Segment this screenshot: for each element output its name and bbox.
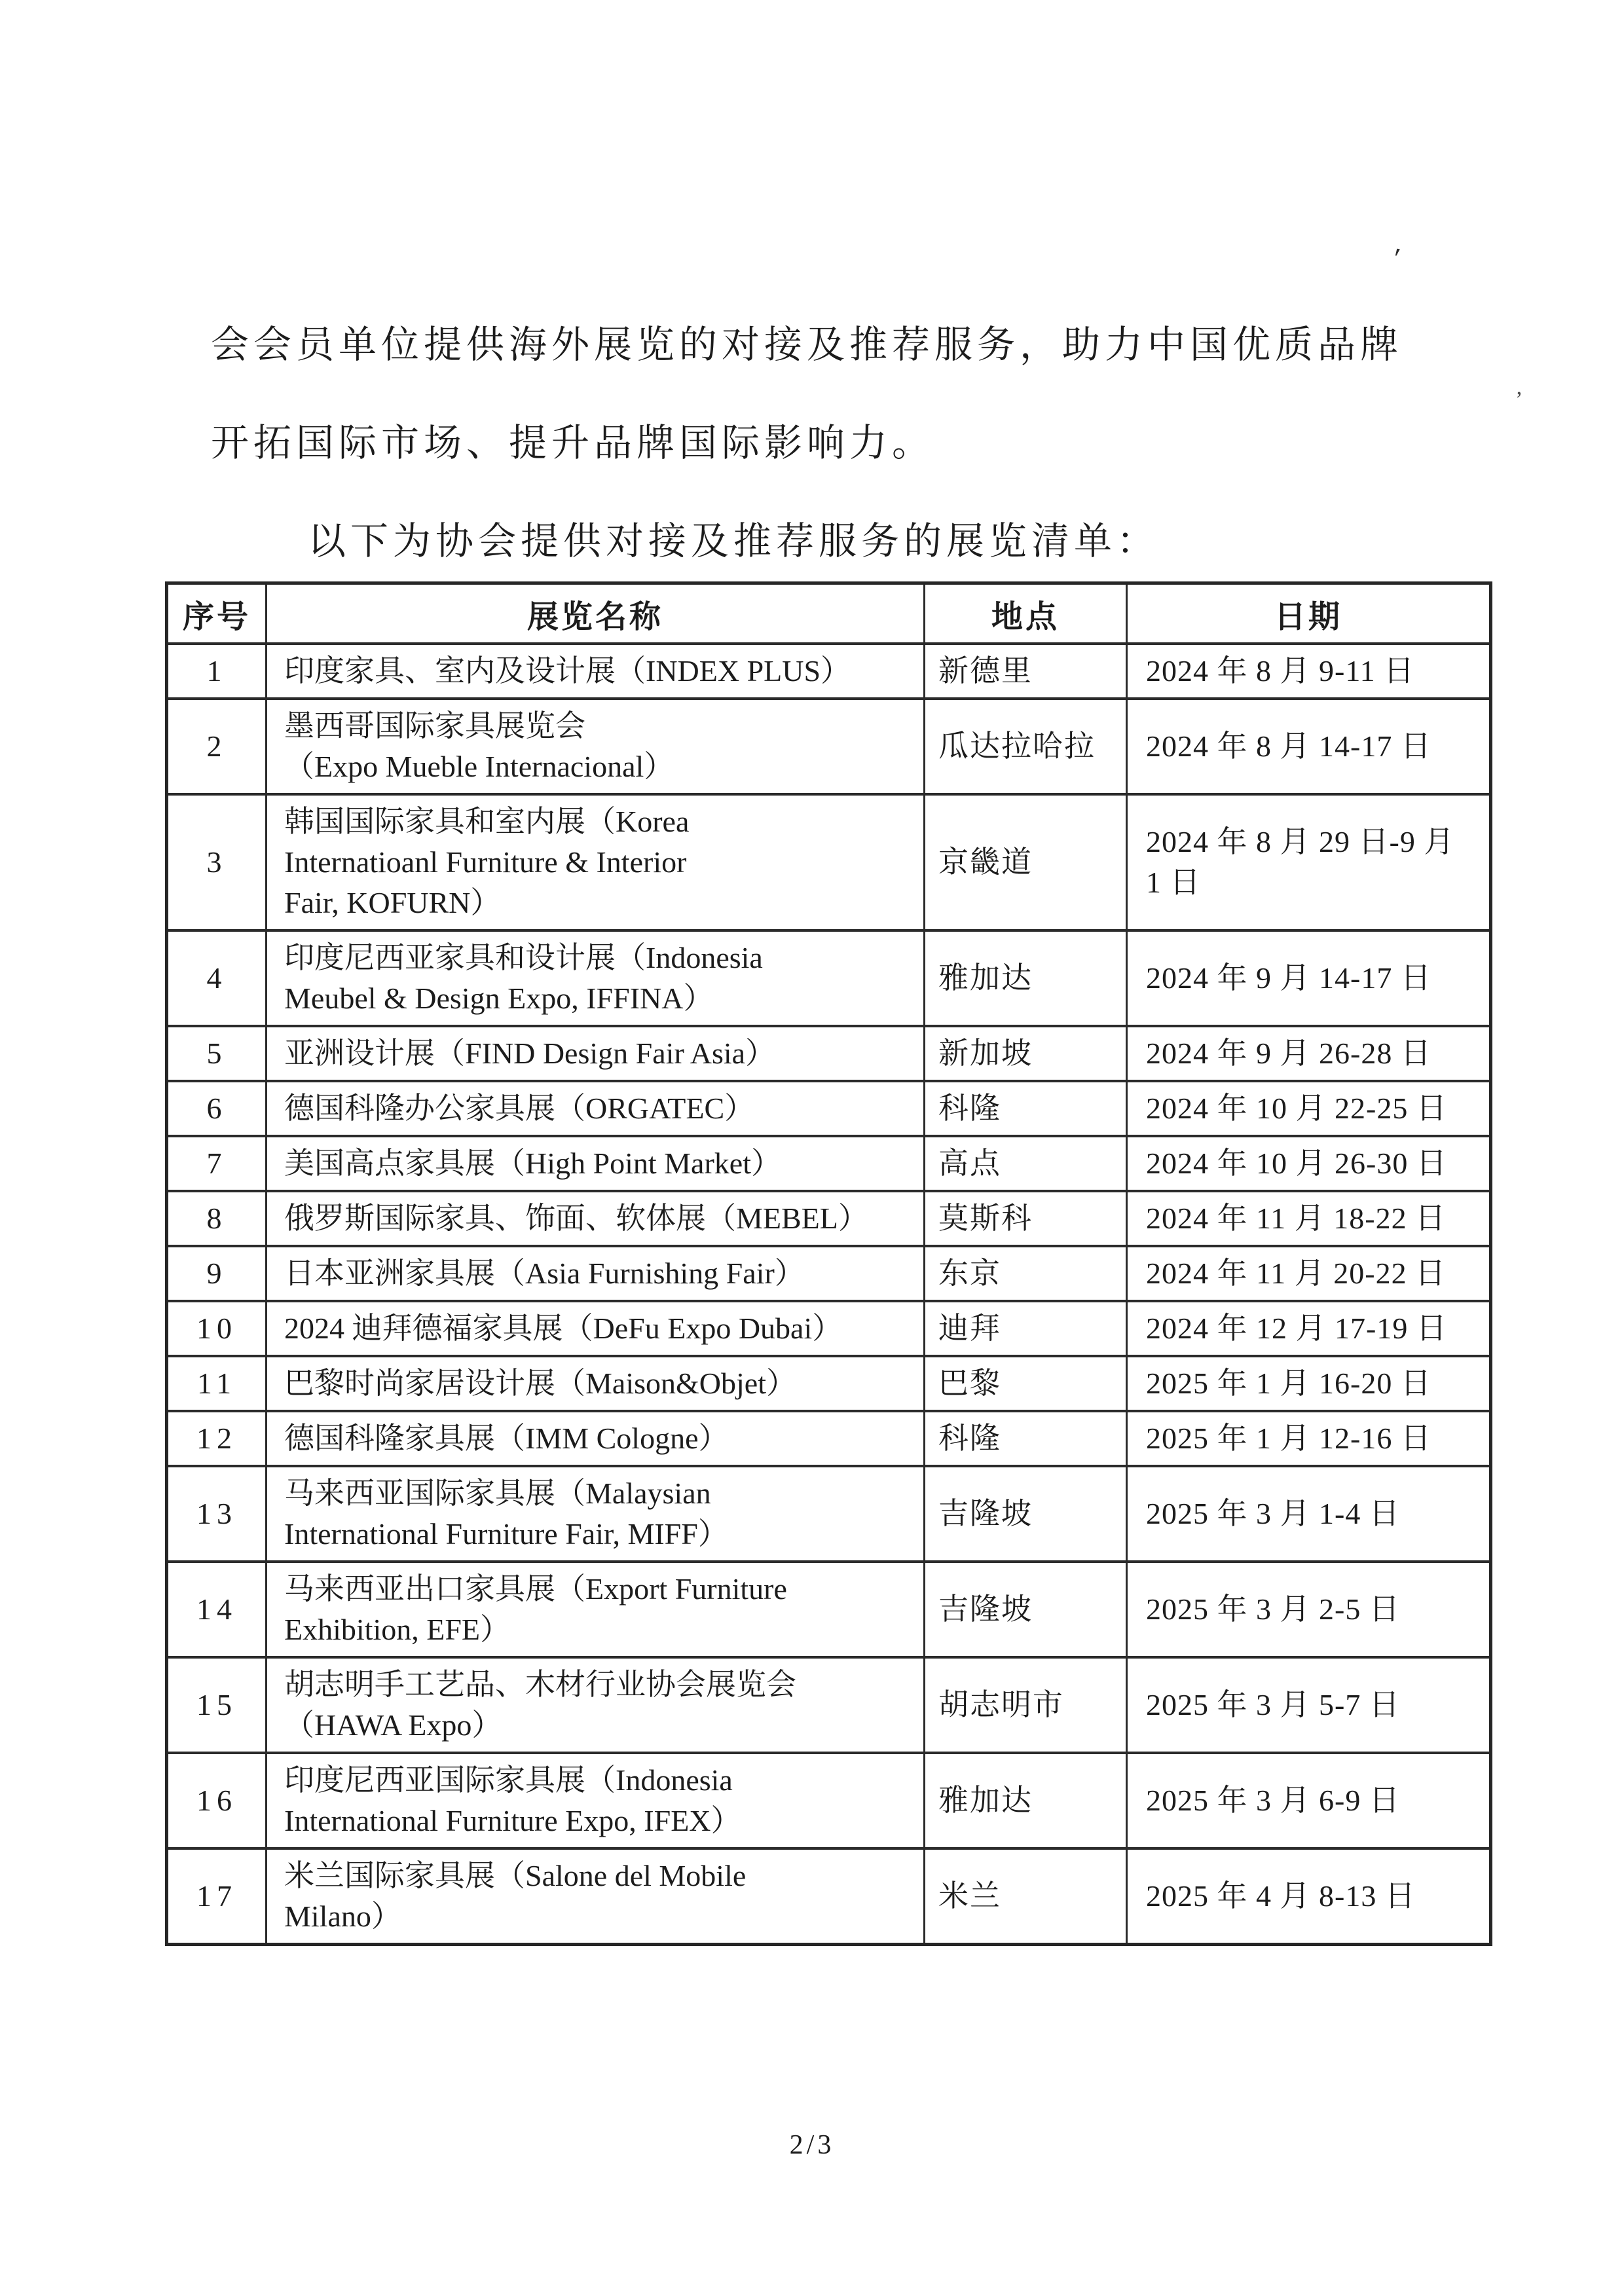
paragraph-line-1: 会会员单位提供海外展览的对接及推荐服务，助力中国优质品牌 — [211, 296, 1462, 394]
table-row: 14 马来西亚出口家具展（Export Furniture Exhibition… — [167, 1562, 1491, 1657]
exhibition-location: 高点 — [925, 1136, 1127, 1191]
exhibition-name: 印度家具、室内及设计展（INDEX PLUS） — [267, 644, 925, 699]
exhibition-location: 巴黎 — [925, 1356, 1127, 1411]
exhibition-name: 德国科隆家具展（IMM Cologne） — [267, 1411, 925, 1466]
row-index: 11 — [167, 1356, 267, 1411]
row-index: 15 — [167, 1657, 267, 1753]
exhibition-date: 2024 年 8 月 14-17 日 — [1127, 699, 1491, 794]
exhibition-date: 2025 年 4 月 8-13 日 — [1127, 1848, 1491, 1945]
row-index: 13 — [167, 1466, 267, 1562]
exhibition-name: 俄罗斯国际家具、饰面、软体展（MEBEL） — [267, 1191, 925, 1246]
row-index: 17 — [167, 1848, 267, 1945]
exhibition-name: 米兰国际家具展（Salone del Mobile Milano） — [267, 1848, 925, 1945]
table-row: 1 印度家具、室内及设计展（INDEX PLUS） 新德里 2024 年 8 月… — [167, 644, 1491, 699]
exhibition-date: 2024 年 8 月 9-11 日 — [1127, 644, 1491, 699]
row-index: 3 — [167, 794, 267, 930]
table-row: 7 美国高点家具展（High Point Market） 高点 2024 年 1… — [167, 1136, 1491, 1191]
column-header-location: 地点 — [925, 583, 1127, 644]
exhibition-location: 科隆 — [925, 1081, 1127, 1136]
exhibition-location: 吉隆坡 — [925, 1466, 1127, 1562]
row-index: 12 — [167, 1411, 267, 1466]
exhibition-date: 2025 年 1 月 16-20 日 — [1127, 1356, 1491, 1411]
exhibition-location: 科隆 — [925, 1411, 1127, 1466]
exhibition-location: 莫斯科 — [925, 1191, 1127, 1246]
exhibition-date: 2024 年 12 月 17-19 日 — [1127, 1301, 1491, 1356]
exhibition-name: 墨西哥国际家具展览会 （Expo Mueble Internacional） — [267, 699, 925, 794]
paragraph-line-3: 以下为协会提供对接及推荐服务的展览清单： — [211, 492, 1462, 591]
row-index: 9 — [167, 1246, 267, 1301]
intro-paragraph: 会会员单位提供海外展览的对接及推荐服务，助力中国优质品牌 开拓国际市场、提升品牌… — [211, 296, 1462, 591]
table-row: 13 马来西亚国际家具展（Malaysian International Fur… — [167, 1466, 1491, 1562]
exhibition-list-table: 序号 展览名称 地点 日期 1 印度家具、室内及设计展（INDEX PLUS） … — [165, 581, 1492, 1946]
column-header-name: 展览名称 — [267, 583, 925, 644]
exhibition-location: 东京 — [925, 1246, 1127, 1301]
exhibition-location: 雅加达 — [925, 1753, 1127, 1848]
exhibition-date: 2025 年 3 月 5-7 日 — [1127, 1657, 1491, 1753]
row-index: 7 — [167, 1136, 267, 1191]
exhibition-location: 雅加达 — [925, 930, 1127, 1026]
row-index: 1 — [167, 644, 267, 699]
table-row: 17 米兰国际家具展（Salone del Mobile Milano） 米兰 … — [167, 1848, 1491, 1945]
exhibition-name: 美国高点家具展（High Point Market） — [267, 1136, 925, 1191]
scan-artifact-mark: ʼ — [1515, 388, 1522, 413]
exhibition-date: 2024 年 8 月 29 日-9 月 1 日 — [1127, 794, 1491, 930]
exhibition-date: 2025 年 1 月 12-16 日 — [1127, 1411, 1491, 1466]
exhibition-location: 胡志明市 — [925, 1657, 1127, 1753]
exhibition-name: 2024 迪拜德福家具展（DeFu Expo Dubai） — [267, 1301, 925, 1356]
exhibition-location: 瓜达拉哈拉 — [925, 699, 1127, 794]
exhibition-date: 2025 年 3 月 1-4 日 — [1127, 1466, 1491, 1562]
table-row: 2 墨西哥国际家具展览会 （Expo Mueble Internacional）… — [167, 699, 1491, 794]
row-index: 5 — [167, 1026, 267, 1081]
column-header-date: 日期 — [1127, 583, 1491, 644]
exhibition-date: 2024 年 9 月 26-28 日 — [1127, 1026, 1491, 1081]
table-header-row: 序号 展览名称 地点 日期 — [167, 583, 1491, 644]
exhibition-name: 亚洲设计展（FIND Design Fair Asia） — [267, 1026, 925, 1081]
row-index: 8 — [167, 1191, 267, 1246]
row-index: 14 — [167, 1562, 267, 1657]
exhibition-location: 新德里 — [925, 644, 1127, 699]
table-row: 6 德国科隆办公家具展（ORGATEC） 科隆 2024 年 10 月 22-2… — [167, 1081, 1491, 1136]
row-index: 10 — [167, 1301, 267, 1356]
row-index: 4 — [167, 930, 267, 1026]
row-index: 6 — [167, 1081, 267, 1136]
exhibition-name: 日本亚洲家具展（Asia Furnishing Fair） — [267, 1246, 925, 1301]
table-row: 11 巴黎时尚家居设计展（Maison&Objet） 巴黎 2025 年 1 月… — [167, 1356, 1491, 1411]
exhibition-location: 吉隆坡 — [925, 1562, 1127, 1657]
table-row: 8 俄罗斯国际家具、饰面、软体展（MEBEL） 莫斯科 2024 年 11 月 … — [167, 1191, 1491, 1246]
scan-artifact-mark: ′ — [1391, 241, 1402, 276]
exhibition-date: 2024 年 11 月 20-22 日 — [1127, 1246, 1491, 1301]
exhibition-name: 印度尼西亚国际家具展（Indonesia International Furni… — [267, 1753, 925, 1848]
exhibition-name: 胡志明手工艺品、木材行业协会展览会 （HAWA Expo） — [267, 1657, 925, 1753]
table-row: 10 2024 迪拜德福家具展（DeFu Expo Dubai） 迪拜 2024… — [167, 1301, 1491, 1356]
exhibition-name: 马来西亚国际家具展（Malaysian International Furnit… — [267, 1466, 925, 1562]
row-index: 2 — [167, 699, 267, 794]
table-row: 9 日本亚洲家具展（Asia Furnishing Fair） 东京 2024 … — [167, 1246, 1491, 1301]
table-row: 12 德国科隆家具展（IMM Cologne） 科隆 2025 年 1 月 12… — [167, 1411, 1491, 1466]
table-row: 5 亚洲设计展（FIND Design Fair Asia） 新加坡 2024 … — [167, 1026, 1491, 1081]
table-row: 16 印度尼西亚国际家具展（Indonesia International Fu… — [167, 1753, 1491, 1848]
exhibition-location: 米兰 — [925, 1848, 1127, 1945]
page-number: 2/3 — [0, 2129, 1624, 2161]
exhibition-name: 印度尼西亚家具和设计展（Indonesia Meubel & Design Ex… — [267, 930, 925, 1026]
exhibition-name: 马来西亚出口家具展（Export Furniture Exhibition, E… — [267, 1562, 925, 1657]
exhibition-date: 2024 年 10 月 26-30 日 — [1127, 1136, 1491, 1191]
exhibition-date: 2024 年 11 月 18-22 日 — [1127, 1191, 1491, 1246]
scanned-document-page: { "page": { "paragraph": { "line1": "会会员… — [0, 0, 1624, 2295]
row-index: 16 — [167, 1753, 267, 1848]
exhibition-location: 迪拜 — [925, 1301, 1127, 1356]
exhibition-name: 韩国国际家具和室内展（Korea Internatioanl Furniture… — [267, 794, 925, 930]
exhibition-date: 2025 年 3 月 6-9 日 — [1127, 1753, 1491, 1848]
exhibition-name: 巴黎时尚家居设计展（Maison&Objet） — [267, 1356, 925, 1411]
exhibition-date: 2024 年 9 月 14-17 日 — [1127, 930, 1491, 1026]
exhibition-name: 德国科隆办公家具展（ORGATEC） — [267, 1081, 925, 1136]
paragraph-line-2: 开拓国际市场、提升品牌国际影响力。 — [211, 394, 1462, 492]
exhibition-location: 新加坡 — [925, 1026, 1127, 1081]
column-header-index: 序号 — [167, 583, 267, 644]
exhibition-date: 2024 年 10 月 22-25 日 — [1127, 1081, 1491, 1136]
exhibition-location: 京畿道 — [925, 794, 1127, 930]
table-row: 15 胡志明手工艺品、木材行业协会展览会 （HAWA Expo） 胡志明市 20… — [167, 1657, 1491, 1753]
table-row: 3 韩国国际家具和室内展（Korea Internatioanl Furnitu… — [167, 794, 1491, 930]
exhibition-date: 2025 年 3 月 2-5 日 — [1127, 1562, 1491, 1657]
table-row: 4 印度尼西亚家具和设计展（Indonesia Meubel & Design … — [167, 930, 1491, 1026]
